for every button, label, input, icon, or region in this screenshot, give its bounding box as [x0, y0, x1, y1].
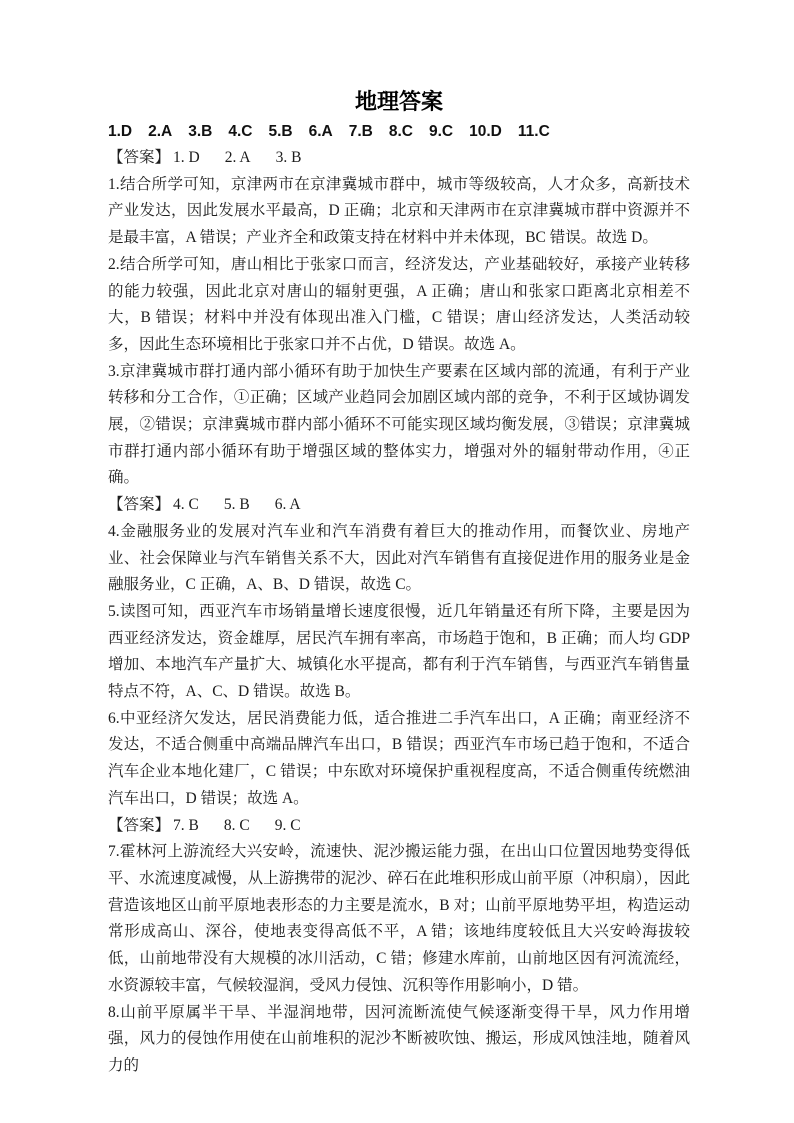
explanation-paragraph-3: 3.京津冀城市群打通内部小循环有助于加快生产要素在区域内部的流通，有利于产业转移…: [108, 359, 690, 493]
page-content: 地理答案 1.D 2.A 3.B 4.C 5.B 6.A 7.B 8.C 9.C…: [108, 86, 690, 1080]
answer-line-1: 【答案】 1. D 2. A 3. B: [108, 145, 690, 172]
answer-item: 6. A: [275, 492, 301, 519]
answer-item: 7. B: [173, 813, 199, 840]
answer-key-item: 8.C: [389, 118, 413, 145]
explanation-paragraph-7: 7.霍林河上游流经大兴安岭，流速快、泥沙搬运能力强，在出山口位置因地势变得低平、…: [108, 839, 690, 999]
answer-line-label: 【答案】: [108, 145, 170, 172]
answer-item: 8. C: [224, 813, 250, 840]
answer-key-item: 11.C: [518, 118, 550, 145]
answer-key-item: 7.B: [349, 118, 373, 145]
document-page: 地理答案 1.D 2.A 3.B 4.C 5.B 6.A 7.B 8.C 9.C…: [0, 0, 794, 1123]
answer-key-item: 5.B: [269, 118, 293, 145]
answer-item: 4. C: [173, 492, 199, 519]
explanation-paragraph-6: 6.中亚经济欠发达，居民消费能力低，适合推进二手汽车出口，A 正确；南亚经济不发…: [108, 706, 690, 813]
answer-key-item: 10.D: [469, 118, 502, 145]
answer-key-item: 2.A: [148, 118, 172, 145]
document-body: 【答案】 1. D 2. A 3. B 1.结合所学可知，京津两市在京津冀城市群…: [108, 145, 690, 1080]
explanation-paragraph-4: 4.金融服务业的发展对汽车业和汽车消费有着巨大的推动作用，而餐饮业、房地产业、社…: [108, 519, 690, 599]
answer-key-item: 6.A: [309, 118, 333, 145]
answer-line-label: 【答案】: [108, 813, 170, 840]
answer-key-item: 3.B: [188, 118, 212, 145]
explanation-paragraph-1: 1.结合所学可知，京津两市在京津冀城市群中，城市等级较高，人才众多，高新技术产业…: [108, 172, 690, 252]
explanation-paragraph-2: 2.结合所学可知，唐山相比于张家口而言，经济发达，产业基础较好，承接产业转移的能…: [108, 252, 690, 359]
answer-key-item: 4.C: [228, 118, 252, 145]
answer-item: 1. D: [173, 145, 200, 172]
answer-item: 9. C: [275, 813, 301, 840]
answer-line-3: 【答案】 7. B 8. C 9. C: [108, 813, 690, 840]
answer-item: 5. B: [224, 492, 250, 519]
answer-key-item: 1.D: [108, 118, 132, 145]
answer-item: 2. A: [225, 145, 251, 172]
page-number: 1: [0, 1022, 794, 1048]
answer-key-item: 9.C: [429, 118, 453, 145]
page-title: 地理答案: [108, 86, 690, 118]
answer-line-2: 【答案】 4. C 5. B 6. A: [108, 492, 690, 519]
explanation-paragraph-5: 5.读图可知，西亚汽车市场销量增长速度很慢，近几年销量还有所下降，主要是因为西亚…: [108, 599, 690, 706]
answer-item: 3. B: [276, 145, 302, 172]
answer-key-row: 1.D 2.A 3.B 4.C 5.B 6.A 7.B 8.C 9.C 10.D…: [108, 118, 690, 145]
answer-line-label: 【答案】: [108, 492, 170, 519]
